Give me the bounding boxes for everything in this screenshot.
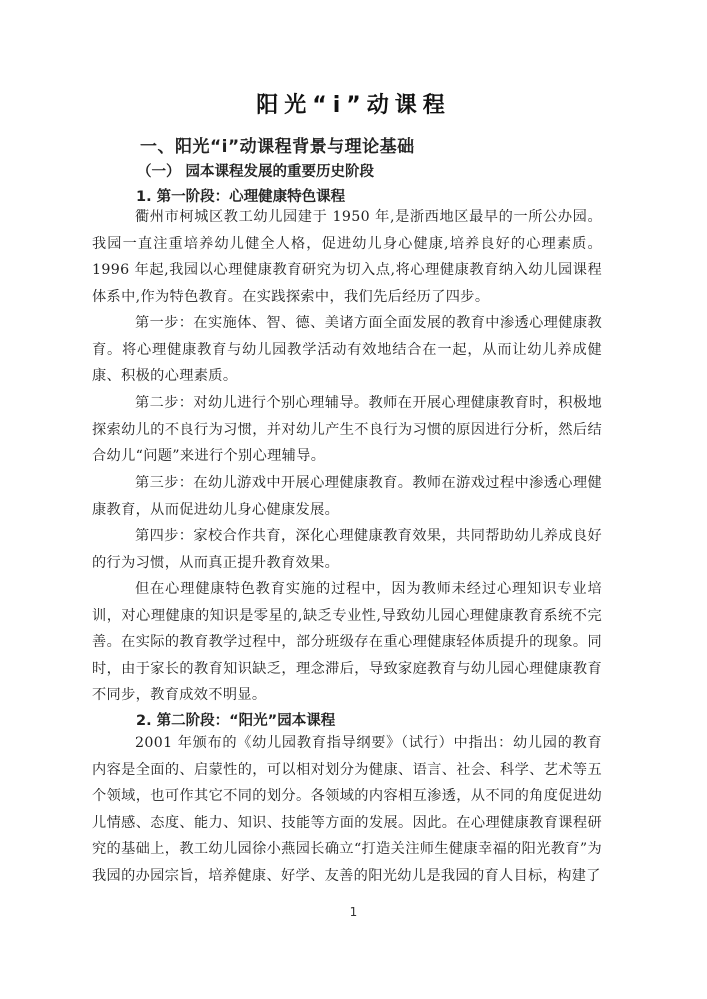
paragraph-step2: 第二步：对幼儿进行个别心理辅导。教师在开展心理健康教育时，积极地探索幼儿的不良行… — [92, 390, 602, 470]
document-page: 阳光“i”动课程 一、阳光“i”动课程背景与理论基础 （一） 园本课程发展的重要… — [0, 0, 707, 999]
paragraph-problems: 但在心理健康特色教育实施的过程中，因为教师未经过心理知识专业培训，对心理健康的知… — [92, 576, 602, 709]
paragraph-step3: 第三步：在幼儿游戏中开展心理健康教育。教师在游戏过程中渗透心理健康教育，从而促进… — [92, 470, 602, 523]
paragraph-step1: 第一步：在实施体、智、德、美诸方面全面发展的教育中渗透心理健康教育。将心理健康教… — [92, 310, 602, 390]
paragraph-stage2: 2001 年颁布的《幼儿园教育指导纲要》（试行）中指出：幼儿园的教育内容是全面的… — [92, 730, 602, 890]
section-heading: 一、阳光“i”动课程背景与理论基础 — [140, 132, 415, 157]
page-number: 1 — [0, 905, 707, 919]
stage2-heading: 2. 第二阶段：“阳光”园本课程 — [136, 709, 335, 730]
paragraph-step4: 第四步：家校合作共育，深化心理健康教育效果，共同帮助幼儿养成良好的行为习惯，从而… — [92, 523, 602, 576]
paragraph-intro: 衢州市柯城区教工幼儿园建于 1950 年,是浙西地区最早的一所公办园。我园一直注… — [92, 204, 602, 310]
subsection-heading: （一） 园本课程发展的重要历史阶段 — [137, 160, 374, 181]
document-title: 阳光“i”动课程 — [0, 88, 707, 119]
stage1-heading: 1. 第一阶段：心理健康特色课程 — [136, 185, 345, 206]
